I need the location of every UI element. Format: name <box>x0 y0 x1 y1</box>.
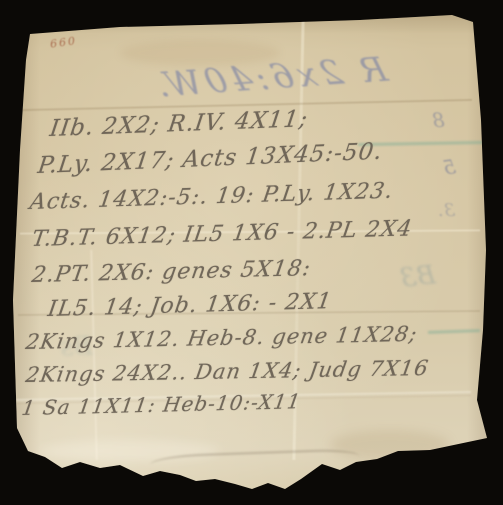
paper-stain <box>40 440 220 462</box>
teal-line-ghost <box>428 329 480 334</box>
handwriting-line: IL5. 14; Job. 1X6: - 2X1 <box>46 289 334 322</box>
handwriting-line: 2.PT. 2X6: genes 5X18: <box>30 256 313 288</box>
handwriting-line: 1 Sa 11X11: Heb-10:-X11 <box>20 389 303 420</box>
handwriting-line: Acts. 14X2:-5:. 19: P.Ly. 1X23. <box>28 179 395 216</box>
ink-bleed-mark: B3 <box>399 260 438 294</box>
handwriting-line: IIb. 2X2; R.IV. 4X11; <box>48 106 310 142</box>
handwriting-line: T.B.T. 6X12; IL5 1X6 - 2.PL 2X4 <box>30 216 414 252</box>
ink-bleed-mark: 5 <box>441 154 457 180</box>
handwriting-line: 2Kings 24X2.. Dan 1X4; Judg 7X16 <box>24 356 431 387</box>
paper-stain <box>120 40 280 66</box>
handwriting-line: 2Kings 1X12. Heb-8. gene 11X28; <box>24 322 419 354</box>
paper-scrap: 660 R 2x6:40W. 8 5 3. B3 Bs IIb. 2X2; R.… <box>0 0 503 505</box>
pencil-squiggle <box>150 448 361 473</box>
handwriting-line: P.Ly. 2X17; Acts 13X45:-50. <box>36 138 384 179</box>
photo-stage: 660 R 2x6:40W. 8 5 3. B3 Bs IIb. 2X2; R.… <box>0 0 503 505</box>
corner-mark: 660 <box>49 34 78 51</box>
ink-bleed-mark: 8 <box>432 108 445 132</box>
paper-stain <box>330 430 450 460</box>
ink-bleed-mark: 3. <box>438 200 455 221</box>
ink-bleed-through-text: R 2x6:40W. <box>105 47 435 109</box>
